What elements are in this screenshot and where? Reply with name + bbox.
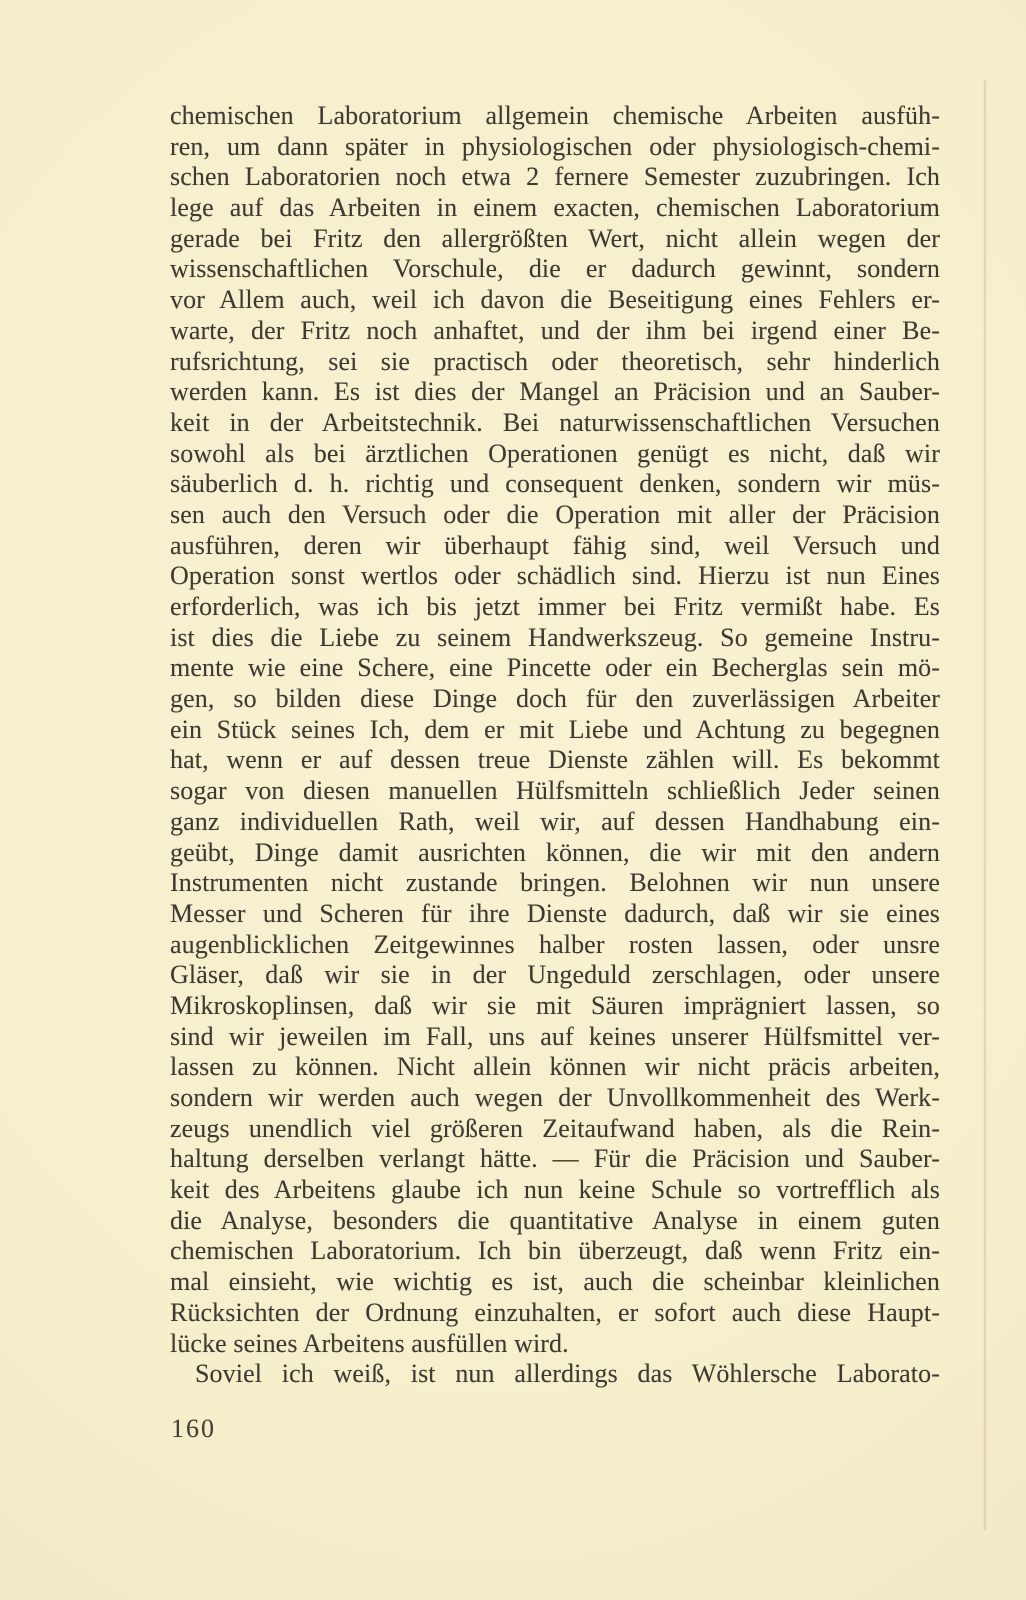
text-line: ausführen, deren wir überhaupt fähig sin… xyxy=(170,531,940,562)
text-line: mente wie eine Schere, eine Pincette ode… xyxy=(170,653,940,684)
scan-crease-line xyxy=(984,80,986,1530)
text-line: lege auf das Arbeiten in einem exacten, … xyxy=(170,193,940,224)
text-line: ren, um dann später in physiologischen o… xyxy=(170,132,940,163)
text-line: ist dies die Liebe zu seinem Handwerksze… xyxy=(170,623,940,654)
text-line: zeugs unendlich viel größeren Zeitaufwan… xyxy=(170,1114,940,1145)
text-line: gerade bei Fritz den allergrößten Wert, … xyxy=(170,224,940,255)
text-line-paragraph-start: Soviel ich weiß, ist nun allerdings das … xyxy=(170,1359,940,1390)
text-line: sondern wir werden auch wegen der Unvoll… xyxy=(170,1083,940,1114)
text-line: erforderlich, was ich bis jetzt immer be… xyxy=(170,592,940,623)
text-line: warte, der Fritz noch anhaftet, und der … xyxy=(170,316,940,347)
page-text-block: chemischen Laboratorium allgemein chemis… xyxy=(170,101,940,1390)
text-line: sind wir jeweilen im Fall, uns auf keine… xyxy=(170,1022,940,1053)
text-line: augenblicklichen Zeitgewinnes halber ros… xyxy=(170,930,940,961)
text-line: Instrumenten nicht zustande bringen. Bel… xyxy=(170,868,940,899)
text-line: Gläser, daß wir sie in der Ungeduld zers… xyxy=(170,960,940,991)
text-line: geübt, Dinge damit ausrichten können, di… xyxy=(170,838,940,869)
text-line: sen auch den Versuch oder die Operation … xyxy=(170,500,940,531)
text-line: ein Stück seines Ich, dem er mit Liebe u… xyxy=(170,715,940,746)
text-line-paragraph-end: lücke seines Arbeitens ausfüllen wird. xyxy=(170,1329,940,1360)
text-line: sogar von diesen manuellen Hülfsmitteln … xyxy=(170,776,940,807)
text-line: mal einsieht, wie wichtig es ist, auch d… xyxy=(170,1267,940,1298)
text-line: Mikroskoplinsen, daß wir sie mit Säuren … xyxy=(170,991,940,1022)
text-line: keit in der Arbeitstechnik. Bei naturwis… xyxy=(170,408,940,439)
text-line: säuberlich d. h. richtig und consequent … xyxy=(170,469,940,500)
text-line: ganz individuellen Rath, weil wir, auf d… xyxy=(170,807,940,838)
text-line: schen Laboratorien noch etwa 2 fernere S… xyxy=(170,162,940,193)
text-line: rufsrichtung, sei sie practisch oder the… xyxy=(170,347,940,378)
text-line: Rücksichten der Ordnung einzuhalten, er … xyxy=(170,1298,940,1329)
text-line: Messer und Scheren für ihre Dienste dadu… xyxy=(170,899,940,930)
text-line: chemischen Laboratorium. Ich bin überzeu… xyxy=(170,1236,940,1267)
page-number: 160 xyxy=(171,1414,216,1444)
text-line: chemischen Laboratorium allgemein chemis… xyxy=(170,101,940,132)
text-line: haltung derselben verlangt hätte. — Für … xyxy=(170,1144,940,1175)
book-page: chemischen Laboratorium allgemein chemis… xyxy=(0,0,1026,1600)
text-line: wissenschaftlichen Vorschule, die er dad… xyxy=(170,254,940,285)
text-line: gen, so bilden diese Dinge doch für den … xyxy=(170,684,940,715)
text-line: sowohl als bei ärztlichen Operationen ge… xyxy=(170,439,940,470)
text-line: werden kann. Es ist dies der Mangel an P… xyxy=(170,377,940,408)
text-line: keit des Arbeitens glaube ich nun keine … xyxy=(170,1175,940,1206)
text-line: lassen zu können. Nicht allein können wi… xyxy=(170,1052,940,1083)
text-line: die Analyse, besonders die quantitative … xyxy=(170,1206,940,1237)
text-line: hat, wenn er auf dessen treue Dienste zä… xyxy=(170,745,940,776)
text-line: vor Allem auch, weil ich davon die Besei… xyxy=(170,285,940,316)
text-line: Operation sonst wertlos oder schädlich s… xyxy=(170,561,940,592)
